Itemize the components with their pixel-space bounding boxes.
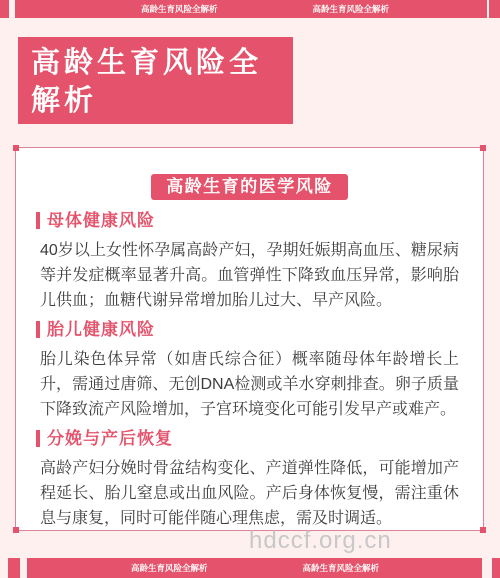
subsection-heading-row: 分娩与产后恢复: [36, 428, 459, 448]
main-title-line2: 解析: [31, 82, 293, 120]
bottom-border-bar: 高龄生育风险全解析 高龄生育风险全解析: [0, 558, 500, 578]
bottom-bar-main: 高龄生育风险全解析 高龄生育风险全解析: [27, 558, 473, 578]
bottom-bar-right-edge-stripe: [492, 558, 500, 578]
watermark: hdccf.org.cn: [249, 529, 392, 553]
top-bar-right-edge-stripe: [489, 0, 500, 18]
subsection-fetal-health: 胎儿健康风险 胎儿染色体异常（如唐氏综合征）概率随母体年龄增长上升，需通过唐筛、…: [36, 319, 459, 422]
top-bar-right-stripe: [468, 0, 483, 18]
section-header: 高龄生育的医学风险: [151, 174, 348, 200]
subsection-heading: 母体健康风险: [47, 212, 155, 229]
subsection-body: 胎儿染色体异常（如唐氏综合征）概率随母体年龄增长上升，需通过唐筛、无创DNA检测…: [40, 347, 459, 422]
card-corner-marker: [13, 145, 19, 151]
bottom-bar-label: 高龄生育风险全解析: [303, 564, 380, 573]
top-bar-label: 高龄生育风险全解析: [141, 5, 218, 14]
subsection-body: 40岁以上女性怀孕属高龄产妇，孕期妊娠期高血压、糖尿病等并发症概率显著升高。血管…: [40, 238, 459, 313]
top-border-bar: 高龄生育风险全解析 高龄生育风险全解析: [0, 0, 500, 18]
subsection-delivery-recovery: 分娩与产后恢复 高龄产妇分娩时骨盆结构变化、产道弹性降低，可能增加产程延长、胎儿…: [36, 428, 459, 531]
subsection-heading: 分娩与产后恢复: [47, 430, 173, 447]
bottom-bar-left-stripe: [8, 558, 20, 578]
main-title: 高龄生育风险全 解析: [18, 37, 293, 124]
card-corner-marker: [13, 527, 19, 533]
heading-accent-bar: [36, 430, 40, 447]
card-corner-marker: [480, 145, 486, 151]
bottom-bar-label: 高龄生育风险全解析: [131, 564, 208, 573]
bottom-bar-right-stripe: [472, 558, 482, 578]
top-bar-main: 高龄生育风险全解析 高龄生育风险全解析: [15, 0, 487, 18]
card-corner-marker: [480, 527, 486, 533]
heading-accent-bar: [36, 321, 40, 338]
subsection-heading-row: 母体健康风险: [36, 210, 459, 230]
top-bar-left-stripe: [0, 0, 9, 18]
subsection-heading: 胎儿健康风险: [47, 321, 155, 338]
subsection-body: 高龄产妇分娩时骨盆结构变化、产道弹性降低，可能增加产程延长、胎儿窒息或出血风险。…: [40, 456, 459, 531]
main-title-line1: 高龄生育风险全: [31, 44, 293, 82]
heading-accent-bar: [36, 212, 40, 229]
subsection-maternal-health: 母体健康风险 40岁以上女性怀孕属高龄产妇，孕期妊娠期高血压、糖尿病等并发症概率…: [36, 210, 459, 313]
top-bar-label: 高龄生育风险全解析: [313, 5, 390, 14]
subsection-heading-row: 胎儿健康风险: [36, 319, 459, 339]
content-card: 高龄生育的医学风险 母体健康风险 40岁以上女性怀孕属高龄产妇，孕期妊娠期高血压…: [15, 147, 484, 531]
